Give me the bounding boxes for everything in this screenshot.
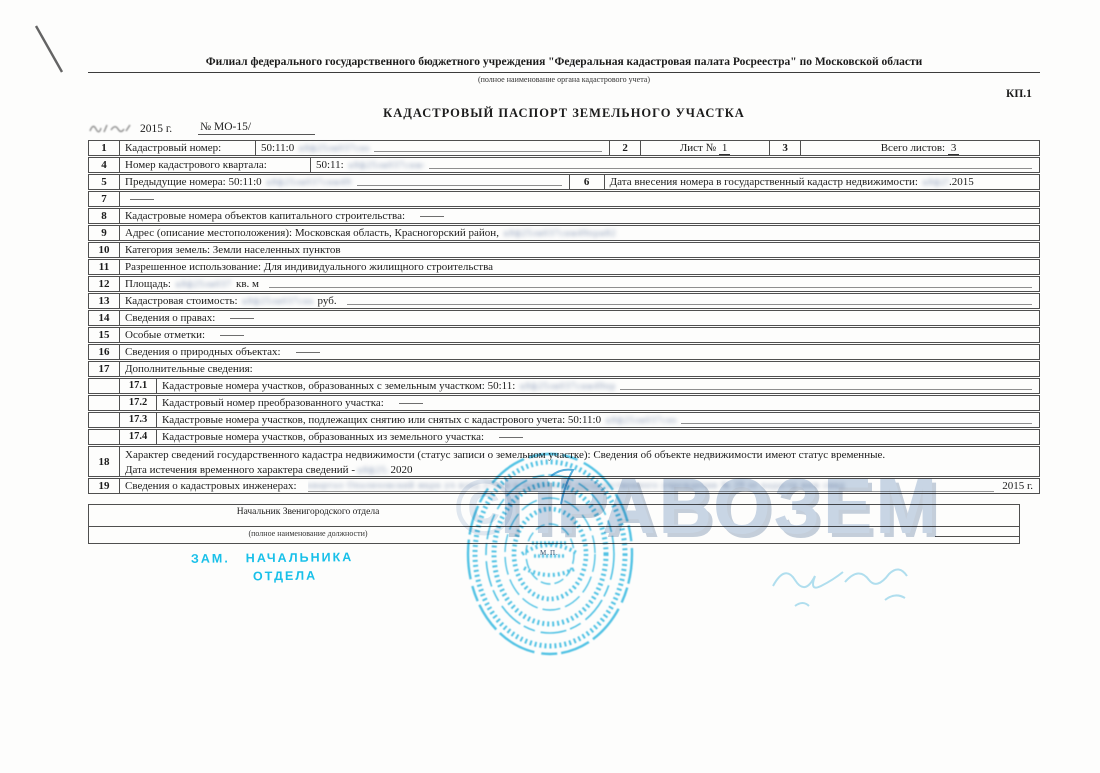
formed-with-parcel-label: Кадастровые номера участков, образованны… xyxy=(157,379,520,393)
table-row-10: 10 Категория земель: Земли населенных пу… xyxy=(88,242,1040,258)
redacted-value: к8ф25лв037снм49при82 xyxy=(520,380,615,392)
transformed-parcel-label: Кадастровый номер преобразованного участ… xyxy=(157,396,389,410)
handwritten-date-scribble xyxy=(88,120,136,135)
row-number: 13 xyxy=(89,294,120,308)
cadastral-table: 1 Кадастровый номер: 50:11:0 к8ф25лв037с… xyxy=(88,140,1040,495)
table-row-14: 14 Сведения о правах: xyxy=(88,310,1040,326)
signature-box-step-line xyxy=(935,536,1020,537)
empty-dash xyxy=(499,437,523,438)
total-sheets-cell: Всего листов: 3 xyxy=(801,141,1039,155)
deputy-stamp-line2: ОТДЕЛА xyxy=(253,569,317,584)
formed-from-parcel-label: Кадастровые номера участков, образованны… xyxy=(157,430,489,444)
table-row-17-2: 17.2 Кадастровый номер преобразованного … xyxy=(88,395,1040,411)
redacted-value: к8ф25лв037снм49при82 xyxy=(299,142,369,154)
redacted-value: к8ф25лв037снм49при82 xyxy=(923,176,949,188)
row-number: 7 xyxy=(89,192,120,206)
redacted-address: к8ф25лв037снм49при82 xyxy=(504,227,617,239)
row-number: 18 xyxy=(89,447,120,476)
row-number-outer xyxy=(89,379,120,393)
row-number: 9 xyxy=(89,226,120,240)
col-number: 2 xyxy=(609,141,641,155)
signature-scribble xyxy=(765,548,940,618)
underline xyxy=(357,185,562,186)
removed-parcels-label: Кадастровые номера участков, подлежащих … xyxy=(157,413,606,427)
row-number: 1 xyxy=(89,141,120,155)
date-and-number-line: 2015 г. № МО-15/ xyxy=(88,120,315,135)
total-sheets-label: Всего листов: xyxy=(881,142,948,154)
table-row-7: 7 xyxy=(88,191,1040,207)
col-number: 3 xyxy=(769,141,801,155)
row-number: 12 xyxy=(89,277,120,291)
area-unit: кв. м xyxy=(231,277,264,291)
org-name-header: Филиал федерального государственного бюд… xyxy=(88,56,1040,73)
land-category: Категория земель: Земли населенных пункт… xyxy=(120,243,346,257)
table-row-13: 13 Кадастровая стоимость: к8ф25лв037снм4… xyxy=(88,293,1040,309)
redacted-area-value: к8ф25лв037снм49при82 xyxy=(176,278,231,290)
empty-dash xyxy=(399,403,423,404)
area-label: Площадь: xyxy=(120,277,176,291)
sub-row-number: 17.2 xyxy=(120,396,157,410)
sheet-value: 1 xyxy=(719,142,731,155)
table-row-5: 5 Предыдущие номера: 50:11:0 к8ф25лв037с… xyxy=(88,174,1040,190)
table-row-17-1: 17.1 Кадастровые номера участков, образо… xyxy=(88,378,1040,394)
table-row-17-3: 17.3 Кадастровые номера участков, подлеж… xyxy=(88,412,1040,428)
deputy-stamp-line1: ЗАМ.НАЧАЛЬНИКА xyxy=(191,550,353,566)
org-name-caption: (полное наименование органа кадастрового… xyxy=(88,75,1040,84)
row-number: 11 xyxy=(89,260,120,274)
document-title: КАДАСТРОВЫЙ ПАСПОРТ ЗЕМЕЛЬНОГО УЧАСТКА xyxy=(88,106,1040,121)
rights-label: Сведения о правах: xyxy=(120,311,220,325)
underline xyxy=(347,304,1032,305)
row-number: 17 xyxy=(89,362,120,376)
underline xyxy=(429,168,1032,169)
sheet-label: Лист № xyxy=(680,142,719,154)
quarter-number-value: 50:11: xyxy=(311,158,349,172)
date-year: 2015 г. xyxy=(140,123,172,135)
address-label: Адрес (описание местоположения): Московс… xyxy=(120,226,504,240)
special-notes-label: Особые отметки: xyxy=(120,328,210,342)
table-row-8: 8 Кадастровые номера объектов капитально… xyxy=(88,208,1040,224)
engineers-label: Сведения о кадастровых инженерах: xyxy=(120,479,302,493)
additional-info-label: Дополнительные сведения: xyxy=(120,362,258,376)
previous-numbers-label: Предыдущие номера: 50:11:0 xyxy=(120,175,267,189)
cost-unit: руб. xyxy=(313,294,342,308)
cadastral-value-label: Кадастровая стоимость: xyxy=(120,294,243,308)
row-number-outer xyxy=(89,430,120,444)
row-number-outer xyxy=(89,413,120,427)
table-row-9: 9 Адрес (описание местоположения): Моско… xyxy=(88,225,1040,241)
underline xyxy=(681,423,1032,424)
empty-dash xyxy=(130,199,154,200)
row-number: 14 xyxy=(89,311,120,325)
table-row-1: 1 Кадастровый номер: 50:11:0 к8ф25лв037с… xyxy=(88,140,1040,156)
empty-dash xyxy=(220,335,244,336)
row-number: 5 xyxy=(89,175,120,189)
capital-objects-label: Кадастровые номера объектов капитального… xyxy=(120,209,410,223)
sheet-cell: Лист № 1 xyxy=(641,141,769,155)
table-row-15: 15 Особые отметки: xyxy=(88,327,1040,343)
table-row-17-4: 17.4 Кадастровые номера участков, образо… xyxy=(88,429,1040,445)
row-number: 4 xyxy=(89,158,120,172)
table-row-16: 16 Сведения о природных объектах: xyxy=(88,344,1040,360)
gkn-date-label: Дата внесения номера в государственный к… xyxy=(605,175,923,189)
total-sheets-value: 3 xyxy=(948,142,960,155)
row-number: 8 xyxy=(89,209,120,223)
table-row-4: 4 Номер кадастрового квартала: 50:11: к8… xyxy=(88,157,1040,173)
row-number: 16 xyxy=(89,345,120,359)
redacted-cost-value: к8ф25лв037снм49при82 xyxy=(243,295,313,307)
underline xyxy=(620,389,1032,390)
row-number: 10 xyxy=(89,243,120,257)
scan-corner-mark xyxy=(28,20,72,80)
underline xyxy=(269,287,1032,288)
underline xyxy=(374,151,602,152)
gkn-date-suffix: .2015 xyxy=(949,175,974,189)
redacted-value: к8ф25лв037снм49при82 xyxy=(349,159,424,171)
redacted-value: к8ф25лв037снм49при82 xyxy=(606,414,676,426)
empty-dash xyxy=(230,318,254,319)
table-row-17: 17 Дополнительные сведения: xyxy=(88,361,1040,377)
form-code: КП.1 xyxy=(1006,88,1032,100)
cadastral-number-label: Кадастровый номер: xyxy=(120,141,255,155)
sub-row-number: 17.3 xyxy=(120,413,157,427)
sub-row-number: 17.1 xyxy=(120,379,157,393)
col-number: 6 xyxy=(569,175,605,189)
document-number: № МО-15/ xyxy=(198,121,315,135)
row-number: 15 xyxy=(89,328,120,342)
natural-objects-label: Сведения о природных объектах: xyxy=(120,345,286,359)
status-expiry-year: 2020 xyxy=(390,464,412,476)
row-number: 19 xyxy=(89,479,120,493)
table-row-11: 11 Разрешенное использование: Для индиви… xyxy=(88,259,1040,275)
redacted-value: к8ф25лв037снм49при82 xyxy=(267,176,352,188)
redacted-date: к8ф25лв037снм49при82 xyxy=(358,464,388,476)
quarter-number-label: Номер кадастрового квартала: xyxy=(120,158,310,172)
row-number-outer xyxy=(89,396,120,410)
cadastral-number-value: 50:11:0 xyxy=(256,141,299,155)
empty-dash xyxy=(296,352,320,353)
engineers-year-suffix: 2015 г. xyxy=(1002,479,1039,493)
table-row-12: 12 Площадь: к8ф25лв037снм49при82 кв. м xyxy=(88,276,1040,292)
permitted-use: Разрешенное использование: Для индивидуа… xyxy=(120,260,498,274)
empty-dash xyxy=(420,216,444,217)
pen-mark xyxy=(545,462,587,510)
sub-row-number: 17.4 xyxy=(120,430,157,444)
